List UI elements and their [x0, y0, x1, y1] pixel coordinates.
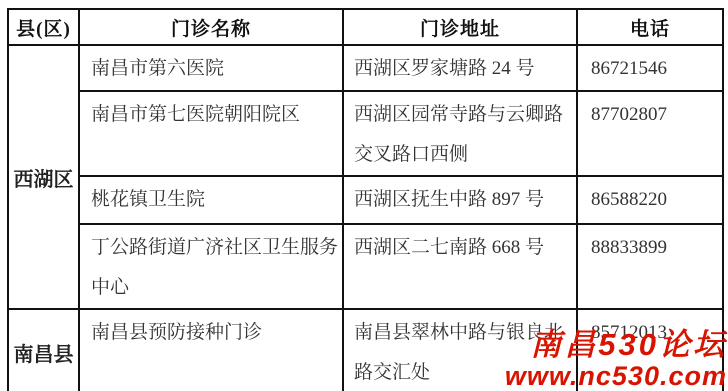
header-clinic-address: 门诊地址 [343, 9, 577, 45]
clinic-address-cell: 西湖区罗家塘路 24 号 [343, 45, 577, 91]
clinic-address-cell: 西湖区抚生中路 897 号 [343, 176, 577, 224]
county-cell-nanchang: 南昌县 [8, 309, 79, 391]
clinic-name-cell: 丁公路街道广济社区卫生服务中心 [79, 224, 343, 309]
table-row: 西湖区 南昌市第六医院 西湖区罗家塘路 24 号 86721546 [8, 45, 723, 91]
phone-cell: 87702807 [577, 91, 723, 176]
header-clinic-name: 门诊名称 [79, 9, 343, 45]
table-row: 丁公路街道广济社区卫生服务中心 西湖区二七南路 668 号 88833899 [8, 224, 723, 309]
table-row: 南昌市第七医院朝阳院区 西湖区园常寺路与云卿路交叉路口西侧 87702807 [8, 91, 723, 176]
clinic-address-cell: 南昌县翠林中路与银良北路交汇处 [343, 309, 577, 391]
phone-cell: 88833899 [577, 224, 723, 309]
table-row: 桃花镇卫生院 西湖区抚生中路 897 号 86588220 [8, 176, 723, 224]
clinic-name-cell: 桃花镇卫生院 [79, 176, 343, 224]
clinic-name-cell: 南昌市第六医院 [79, 45, 343, 91]
header-phone: 电话 [577, 9, 723, 45]
page: 县(区) 门诊名称 门诊地址 电话 西湖区 南昌市第六医院 西湖区罗家塘路 24… [0, 0, 728, 391]
clinic-name-cell: 南昌县预防接种门诊 [79, 309, 343, 391]
table-row: 南昌县 南昌县预防接种门诊 南昌县翠林中路与银良北路交汇处 85712013 [8, 309, 723, 391]
table-header-row: 县(区) 门诊名称 门诊地址 电话 [8, 9, 723, 45]
phone-cell: 85712013 [577, 309, 723, 391]
clinic-address-cell: 西湖区园常寺路与云卿路交叉路口西侧 [343, 91, 577, 176]
clinic-name-cell: 南昌市第七医院朝阳院区 [79, 91, 343, 176]
phone-cell: 86588220 [577, 176, 723, 224]
header-county: 县(区) [8, 9, 79, 45]
county-cell-xihu: 西湖区 [8, 45, 79, 309]
clinic-address-cell: 西湖区二七南路 668 号 [343, 224, 577, 309]
phone-cell: 86721546 [577, 45, 723, 91]
clinic-directory-table: 县(区) 门诊名称 门诊地址 电话 西湖区 南昌市第六医院 西湖区罗家塘路 24… [7, 8, 724, 391]
